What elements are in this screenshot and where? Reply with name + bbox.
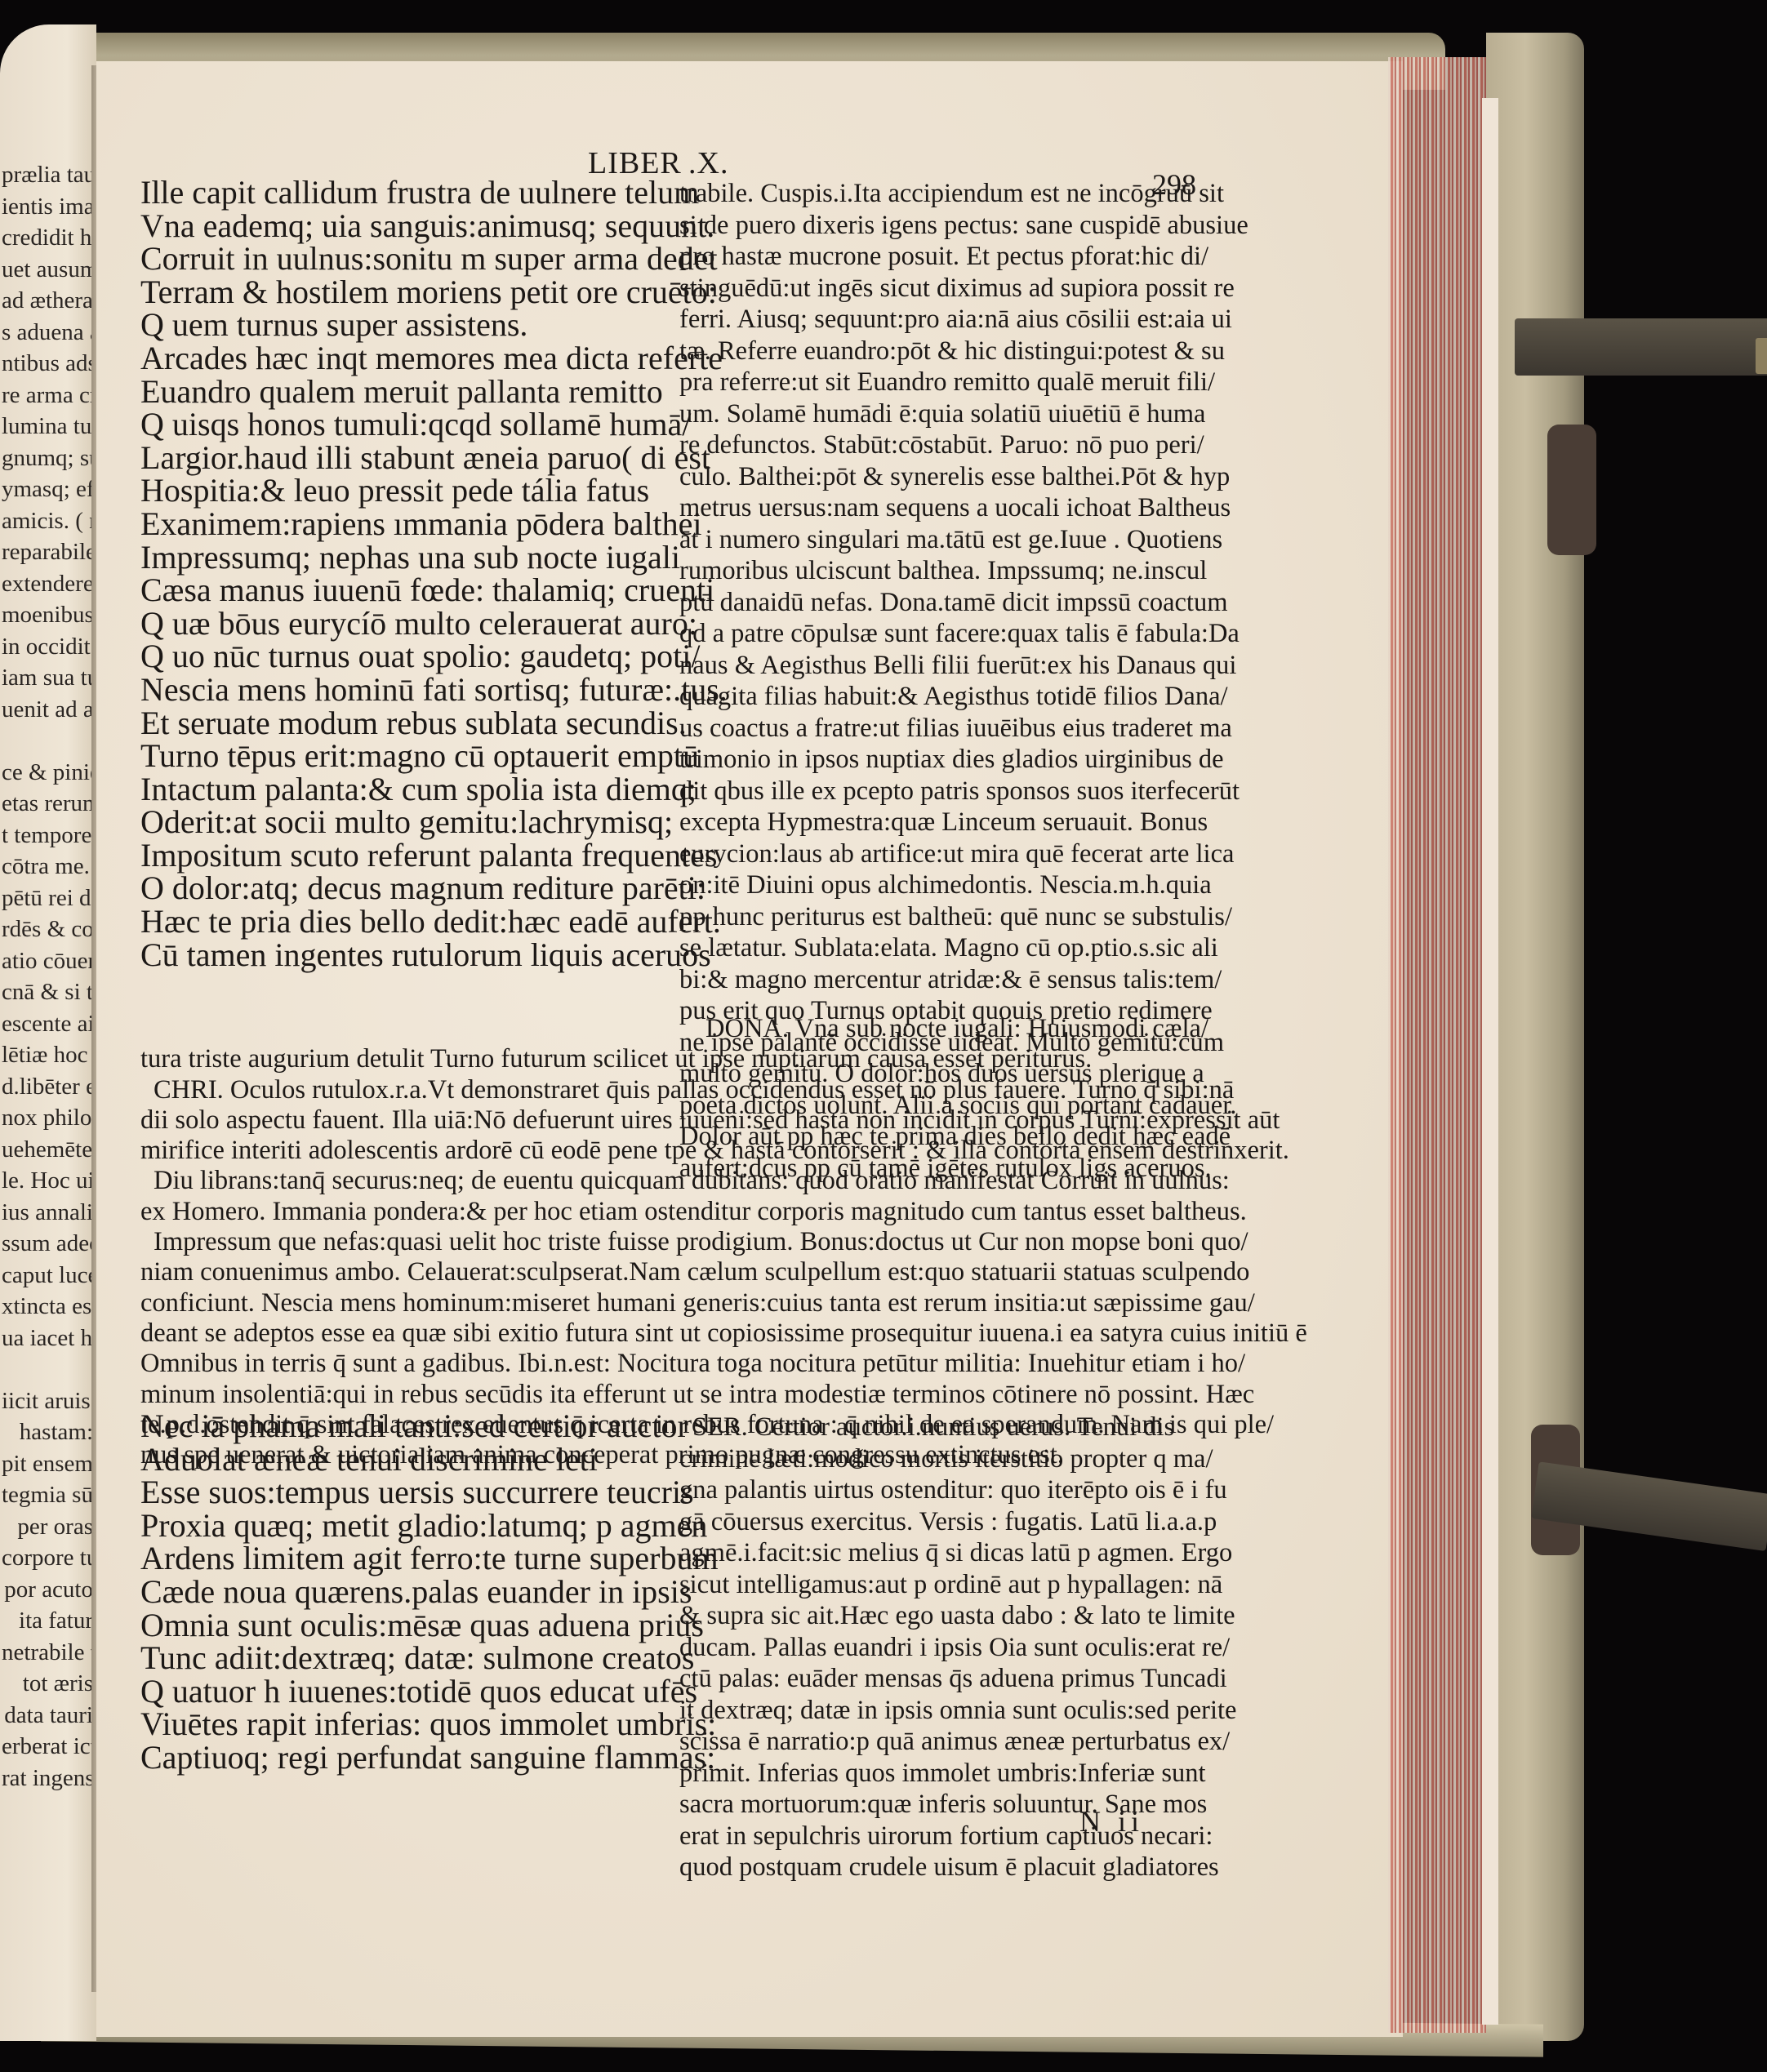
commentary-line: on:itē Diuini opus alchimedontis. Nescia… [679,869,1202,901]
commentary-line: ducam. Pallas euandri i ipsis Oia sunt o… [679,1632,1202,1664]
verse-line: Aduolat æneæ tenui discrimine leti [140,1443,719,1477]
verse-line: Ille capit callidum frustra de uulnere t… [140,176,728,210]
verse-line: Q uo nūc turnus ouat spolio: gaudetq; po… [140,640,728,674]
verse-line: O dolor:atq; decus magnum rediture parēt… [140,872,728,905]
verse-line: Turno tēpus erit:magno cū optauerit empt… [140,740,728,773]
commentary-line: rumoribus ulciscunt balthea. Impssumq; n… [679,555,1202,587]
commentary-line: minum insolentiā:qui in rebus secūdis it… [140,1380,1206,1410]
full-width-commentary: DONA. Vna sub nocte iugali: Huiusmodi cæ… [140,1014,1206,1470]
verse-line: Cæde noua quærens.palas euander in ipsis [140,1576,719,1609]
verse-line: Nec iā phama mali tanti:sed certior auct… [140,1410,719,1443]
commentary-line: quagita filias habuit:& Aegisthus totidē… [679,681,1202,713]
verse-line: Impressumq; nephas una sub nocte iugali [140,541,728,575]
commentary-line: quod postquam crudele uisum ē placuit gl… [679,1852,1202,1883]
commentary-line: sicut intelligamus:aut p ordinē aut p hy… [679,1569,1202,1601]
commentary-line: pro hastæ mucrone posuit. Et pectus pfor… [679,241,1202,273]
commentary-line: eurycion:laus ab artifice:ut mira quē fe… [679,838,1202,870]
commentary-line: pra referre:ut sit Euandro remitto qualē… [679,367,1202,398]
commentary-line: re defunctos. Stabūt:cōstabūt. Paruo: nō… [679,429,1202,461]
verse-line: Q uatuor h iuuenes:totidē quos educat uf… [140,1675,719,1709]
verse-block-1: Ille capit callidum frustra de uulnere t… [140,176,728,972]
commentary-line: tura triste augurium detulit Turno futur… [140,1044,1206,1074]
verse-line: Terram & hostilem moriens petit ore cruē… [140,276,728,309]
verse-line: Esse suos:tempus uersis succurrere teucr… [140,1476,719,1510]
commentary-line: excepta Hypmestra:quæ Linceum seruauit. … [679,807,1202,838]
verse-line: Impositum scuto referunt palanta frequen… [140,839,728,873]
commentary-line: dii solo aspectu fauent. Illa uiā:Nō def… [140,1105,1206,1136]
verse-line: Arcades hæc inqt memores mea dicta refer… [140,342,728,376]
commentary-line: ctū palas: euāder mensas q̄s aduena prim… [679,1663,1202,1695]
commentary-line: dit qbus ille ex pcepto patris sponsos s… [679,776,1202,807]
verse-line: Corruit in uulnus:sonitu m super arma de… [140,242,728,276]
commentary-line: naus & Aegisthus Belli filii fuerūt:ex h… [679,650,1202,682]
page-block-edge [1482,98,1498,2025]
verse-line: Exanimem:rapiens ımmania pōdera balthei [140,508,728,541]
commentary-line: Impressum que nefas:quasi uelit hoc tris… [140,1227,1206,1257]
commentary-line: Diu librans:tanq̄ securus:neq; de euentu… [140,1166,1206,1196]
commentary-line: conficiunt. Nescia mens hominum:miseret … [140,1288,1206,1318]
commentary-line: trabile. Cuspis.i.Ita accipiendum est ne… [679,178,1202,210]
verse-line: Cū tamen ingentes rutulorum liquis aceru… [140,939,728,972]
verse-line: Omnia sunt oculis:mēsæ quas aduena prius [140,1609,719,1643]
commentary-line: scissa ē narratio:p quā animus æneæ pert… [679,1726,1202,1758]
commentary-line: ferri. Aiusq; sequunt:pro aia:nā aius cō… [679,304,1202,336]
left-page-text-fragments: prælia taurum ientis imago. credidit has… [2,159,93,1794]
verse-line: Intactum palanta:& cum spolia ista diemq… [140,773,728,807]
verse-line: Viuētes rapit inferias: quos immolet umb… [140,1708,719,1741]
commentary-line: tæ. Referre euandro:pōt & hic distingui:… [679,336,1202,367]
commentary-line: Omnibus in terris q̄ sunt a gadibus. Ibi… [140,1349,1206,1379]
verse-line: Hospitia:& leuo pressit pede tália fatus [140,474,728,508]
commentary-line: agmē.i.facit:sic melius q̄ si dicas latū… [679,1537,1202,1569]
commentary-line: it dextræq; datæ in ipsis omnia sunt ocu… [679,1695,1202,1727]
verse-line: Proxia quæq; metit gladio:latumq; p agme… [140,1510,719,1543]
commentary-line: trimonio in ipsos nuptiax dies gladios u… [679,744,1202,776]
verse-line: Oderit:at socii multo gemitu:lachrymisq; [140,806,728,839]
commentary-line: āt i numero singulari ma.tātū est ge.Iuu… [679,524,1202,556]
commentary-line: stinguēdū:ut ingēs sicut diximus ad supi… [679,273,1202,305]
commentary-line: culo. Balthei:pōt & synerelis esse balth… [679,461,1202,493]
commentary-line: niam conuenimus ambo. Celauerat:sculpser… [140,1257,1206,1287]
commentary-line: se lætatur. Sublata:elata. Magno cū op.p… [679,932,1202,964]
commentary-line: bi:& magno mercentur atridæ:& ē sensus t… [679,964,1202,996]
commentary-line: mirifice interiti adolescentis ardorē cū… [140,1136,1206,1166]
commentary-line: gna palantis uirtus ostenditur: quo iter… [679,1474,1202,1506]
commentary-line: crimine læti:modico mortis iterstitio pr… [679,1443,1202,1475]
verse-line: Euandro qualem meruit pallanta remitto [140,376,728,409]
commentary-line: & supra sic ait.Hæc ego uasta dabo : & l… [679,1600,1202,1632]
commentary-line: deant se adeptos esse ea quæ sibi exitio… [140,1318,1206,1349]
verse-line: Q uæ bōus eurycíō multo celerauerat auro… [140,607,728,641]
commentary-line: ptū danaidū nefas. Dona.tamē dicit impss… [679,587,1202,619]
verse-line: Q uem turnus super assistens. [140,309,728,342]
signature-mark: N ii [1079,1804,1144,1839]
commentary-line: pp hunc periturus est baltheū: quē nunc … [679,901,1202,933]
red-stained-fore-edge [1388,57,1486,2033]
verse-line: Largior.haud illi stabunt æneia paruo( d… [140,442,728,475]
commentary-line: gā cōuersus exercitus. Versis : fugatis.… [679,1506,1202,1538]
commentary-line: um. Solamē humādi ē:quia solatiū uiuētiū… [679,398,1202,430]
verse-line: Cæsa manus iuuenū fœde: thalamiq; cruent… [140,574,728,607]
verse-line: Vna eademq; uia sanguis:animusq; sequunt… [140,210,728,243]
verse-line: Q uisqs honos tumuli:qcqd sollamē humā/ [140,408,728,442]
clasp-leather-strap-upper [1547,425,1596,555]
commentary-line-chri: CHRI. Oculos rutulox.r.a.Vt demonstraret… [140,1075,1206,1105]
commentary-line-ser: SER. Certior auctor.i.nuntius uerus. Ten… [679,1412,1202,1443]
commentary-line: us coactus a fratre:ut filias iuuēibus e… [679,713,1202,745]
commentary-line: qd a patre cōpulsæ sunt facere:quax tali… [679,618,1202,650]
verse-line: Ardens limitem agit ferro:te turne super… [140,1542,719,1576]
verse-block-2: Nec iā phama mali tanti:sed certior auct… [140,1410,719,1775]
verse-line: Et seruate modum rebus sublata secundis. [140,707,728,740]
clasp-upper-tip [1756,338,1767,374]
verse-line: Nescia mens hominū fati sortisq; futuræ:… [140,674,728,707]
commentary-line: metrus uersus:nam sequens a uocali ichoa… [679,492,1202,524]
verse-line: Tunc adiit:dextræq; datæ: sulmone creato… [140,1642,719,1675]
left-page: prælia taurum ientis imago. credidit has… [0,24,96,2041]
commentary-line: ex Homero. Immania pondera:& per hoc eti… [140,1197,1206,1227]
verse-line: Hæc te pria dies bello dedit:hæc eadē au… [140,905,728,939]
clasp-upper-icon [1515,318,1767,376]
verse-line: Captiuoq; regi perfundat sanguine flamma… [140,1741,719,1775]
commentary-line-dona: DONA. Vna sub nocte iugali: Huiusmodi cæ… [140,1014,1206,1044]
commentary-line: primit. Inferias quos immolet umbris:Inf… [679,1758,1202,1790]
commentary-line: si de puero dixeris igens pectus: sane c… [679,210,1202,242]
